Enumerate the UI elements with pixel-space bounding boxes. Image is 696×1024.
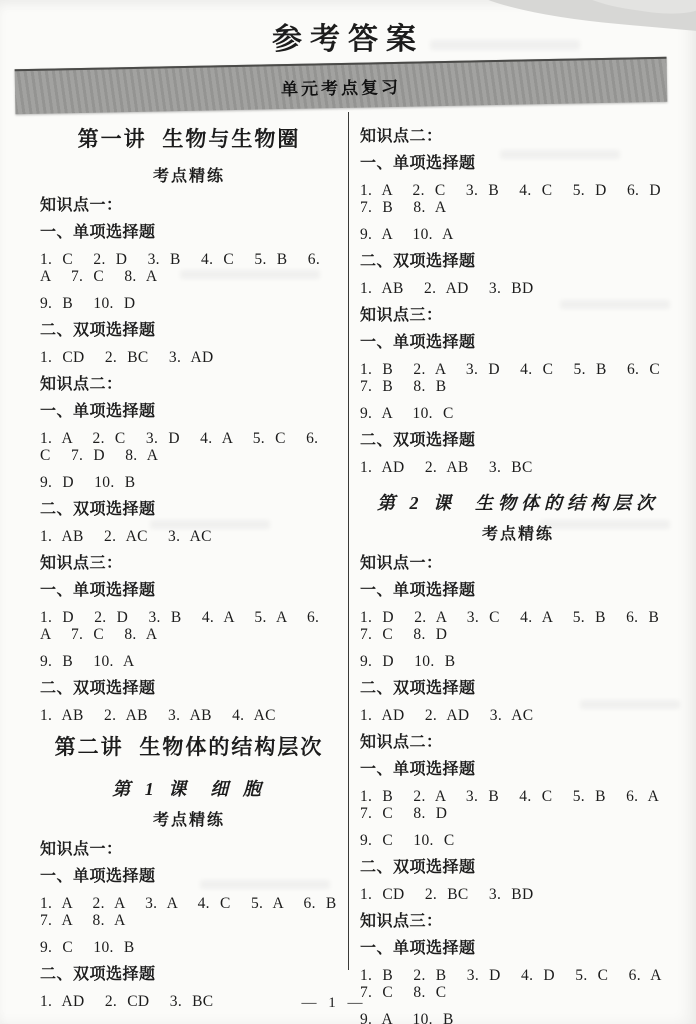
answer-row: 1. AB 2. AC 3. AC — [40, 528, 338, 545]
answer-row: 1. AB 2. AD 3. BD — [360, 280, 676, 297]
question-type-label: 一、单项选择题 — [360, 582, 676, 599]
answer-row: 1. AB 2. AB 3. AB 4. AC — [40, 707, 338, 724]
answer-row: 1. B 2. A 3. B 4. C 5. B 6. A 7. C 8. D — [360, 788, 676, 822]
answer-row: 1. AD 2. AB 3. BC — [360, 459, 676, 476]
answer-row: 9. C 10. C — [360, 832, 676, 849]
content-columns: 第一讲 生物与生物圈考点精练知识点一：一、单项选择题1. C 2. D 3. B… — [0, 112, 696, 970]
question-type-label: 二、双项选择题 — [40, 680, 338, 697]
lesson-heading: 第 1 课 细 胞 — [40, 778, 338, 800]
knowledge-point-label: 知识点二： — [40, 376, 338, 393]
question-type-label: 二、双项选择题 — [360, 680, 676, 697]
answer-row: 9. A 10. C — [360, 405, 676, 422]
answer-row: 1. CD 2. BC 3. BD — [360, 886, 676, 903]
lecture-heading: 第二讲 生物体的结构层次 — [40, 734, 338, 762]
right-column: 知识点二：一、单项选择题1. A 2. C 3. B 4. C 5. D 6. … — [348, 112, 696, 970]
knowledge-point-label: 知识点一： — [40, 197, 338, 214]
answer-row: 1. D 2. A 3. C 4. A 5. B 6. B 7. C 8. D — [360, 609, 676, 643]
answer-row: 9. A 10. B — [360, 1011, 676, 1024]
knowledge-point-label: 知识点一： — [40, 841, 338, 858]
question-type-label: 一、单项选择题 — [40, 582, 338, 599]
answer-row: 1. CD 2. BC 3. AD — [40, 349, 338, 366]
practice-subheading: 考点精练 — [40, 812, 338, 830]
bleedthrough-smudge — [430, 40, 580, 50]
question-type-label: 二、双项选择题 — [360, 253, 676, 270]
bleedthrough-smudge — [200, 880, 330, 889]
answer-row: 1. AD 2. AD 3. AC — [360, 707, 676, 724]
bleedthrough-smudge — [560, 300, 670, 309]
answer-row: 9. C 10. B — [40, 939, 338, 956]
question-type-label: 一、单项选择题 — [360, 940, 676, 957]
answer-row: 1. B 2. A 3. D 4. C 5. B 6. C 7. B 8. B — [360, 361, 676, 395]
lecture-heading: 第一讲 生物与生物圈 — [40, 126, 338, 154]
answer-row: 1. A 2. C 3. B 4. C 5. D 6. D 7. B 8. A — [360, 182, 676, 216]
bleedthrough-smudge — [580, 700, 680, 709]
page-number: — 1 — — [0, 995, 682, 1012]
answer-row: 1. C 2. D 3. B 4. C 5. B 6. A 7. C 8. A — [40, 251, 338, 285]
question-type-label: 二、双项选择题 — [40, 501, 338, 518]
answer-row: 1. A 2. A 3. A 4. C 5. A 6. B 7. A 8. A — [40, 895, 338, 929]
answer-row: 9. B 10. D — [40, 295, 338, 312]
question-type-label: 一、单项选择题 — [360, 334, 676, 351]
question-type-label: 二、双项选择题 — [360, 859, 676, 876]
knowledge-point-label: 知识点三： — [360, 307, 676, 324]
bleedthrough-smudge — [500, 150, 620, 159]
knowledge-point-label: 知识点一： — [360, 555, 676, 572]
question-type-label: 二、双项选择题 — [40, 322, 338, 339]
question-type-label: 一、单项选择题 — [40, 224, 338, 241]
unit-review-banner: 单元考点复习 — [15, 57, 668, 115]
question-type-label: 一、单项选择题 — [40, 403, 338, 420]
knowledge-point-label: 知识点二： — [360, 734, 676, 751]
question-type-label: 二、双项选择题 — [360, 432, 676, 449]
unit-review-banner-label: 单元考点复习 — [281, 73, 401, 100]
knowledge-point-label: 知识点三： — [360, 913, 676, 930]
bleedthrough-smudge — [180, 270, 320, 279]
left-column: 第一讲 生物与生物圈考点精练知识点一：一、单项选择题1. C 2. D 3. B… — [0, 112, 348, 970]
scanned-answer-page: 参考答案 单元考点复习 第一讲 生物与生物圈考点精练知识点一：一、单项选择题1.… — [0, 0, 696, 1024]
lesson-heading: 第 2 课 生物体的结构层次 — [360, 492, 676, 514]
question-type-label: 二、双项选择题 — [40, 966, 338, 983]
bleedthrough-smudge — [540, 520, 670, 529]
answer-row: 9. A 10. A — [360, 226, 676, 243]
bleedthrough-smudge — [150, 520, 270, 529]
knowledge-point-label: 知识点二： — [360, 128, 676, 145]
page-title: 参考答案 — [0, 14, 696, 58]
practice-subheading: 考点精练 — [40, 168, 338, 186]
answer-row: 1. A 2. C 3. D 4. A 5. C 6. C 7. D 8. A — [40, 430, 338, 464]
answer-row: 9. D 10. B — [360, 653, 676, 670]
question-type-label: 一、单项选择题 — [360, 761, 676, 778]
answer-row: 9. B 10. A — [40, 653, 338, 670]
answer-row: 1. D 2. D 3. B 4. A 5. A 6. A 7. C 8. A — [40, 609, 338, 643]
answer-row: 9. D 10. B — [40, 474, 338, 491]
knowledge-point-label: 知识点三： — [40, 555, 338, 572]
